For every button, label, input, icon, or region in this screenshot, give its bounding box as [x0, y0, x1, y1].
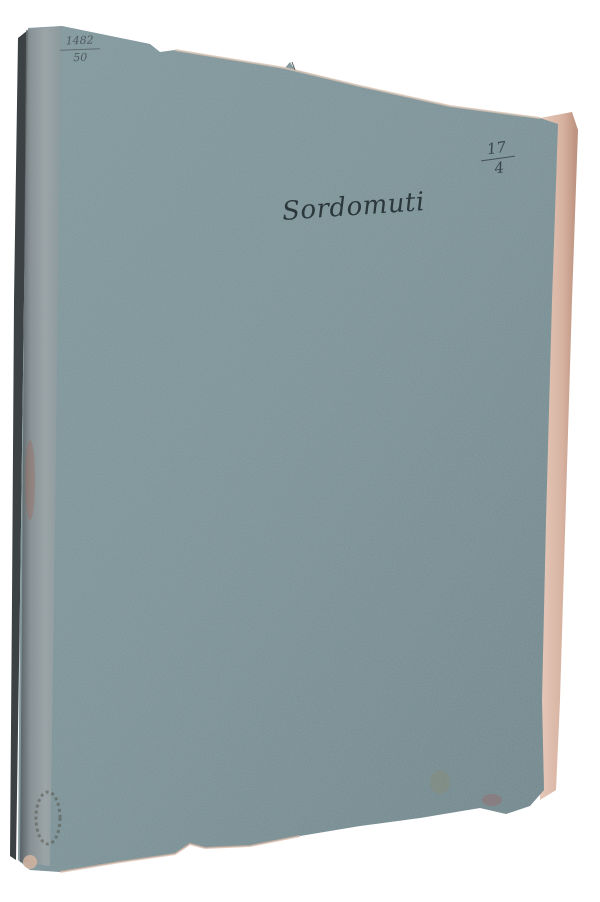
- stain: [430, 770, 450, 794]
- spine-label-top: 1482: [65, 34, 93, 48]
- spine-wear: [25, 440, 35, 520]
- corner-number-top: 17: [486, 138, 507, 158]
- corner-wear: [23, 855, 37, 869]
- red-mark: [482, 794, 502, 806]
- notebook-illustration: [0, 0, 600, 902]
- corner-number-bottom: 4: [493, 158, 505, 177]
- spine-label-bottom: 50: [73, 51, 87, 64]
- photo-scene: Sordomuti 17 4 1482 50: [0, 0, 600, 902]
- corner-shelf-number: 17 4: [476, 137, 521, 179]
- spine-catalog-label: 1482 50: [59, 33, 100, 65]
